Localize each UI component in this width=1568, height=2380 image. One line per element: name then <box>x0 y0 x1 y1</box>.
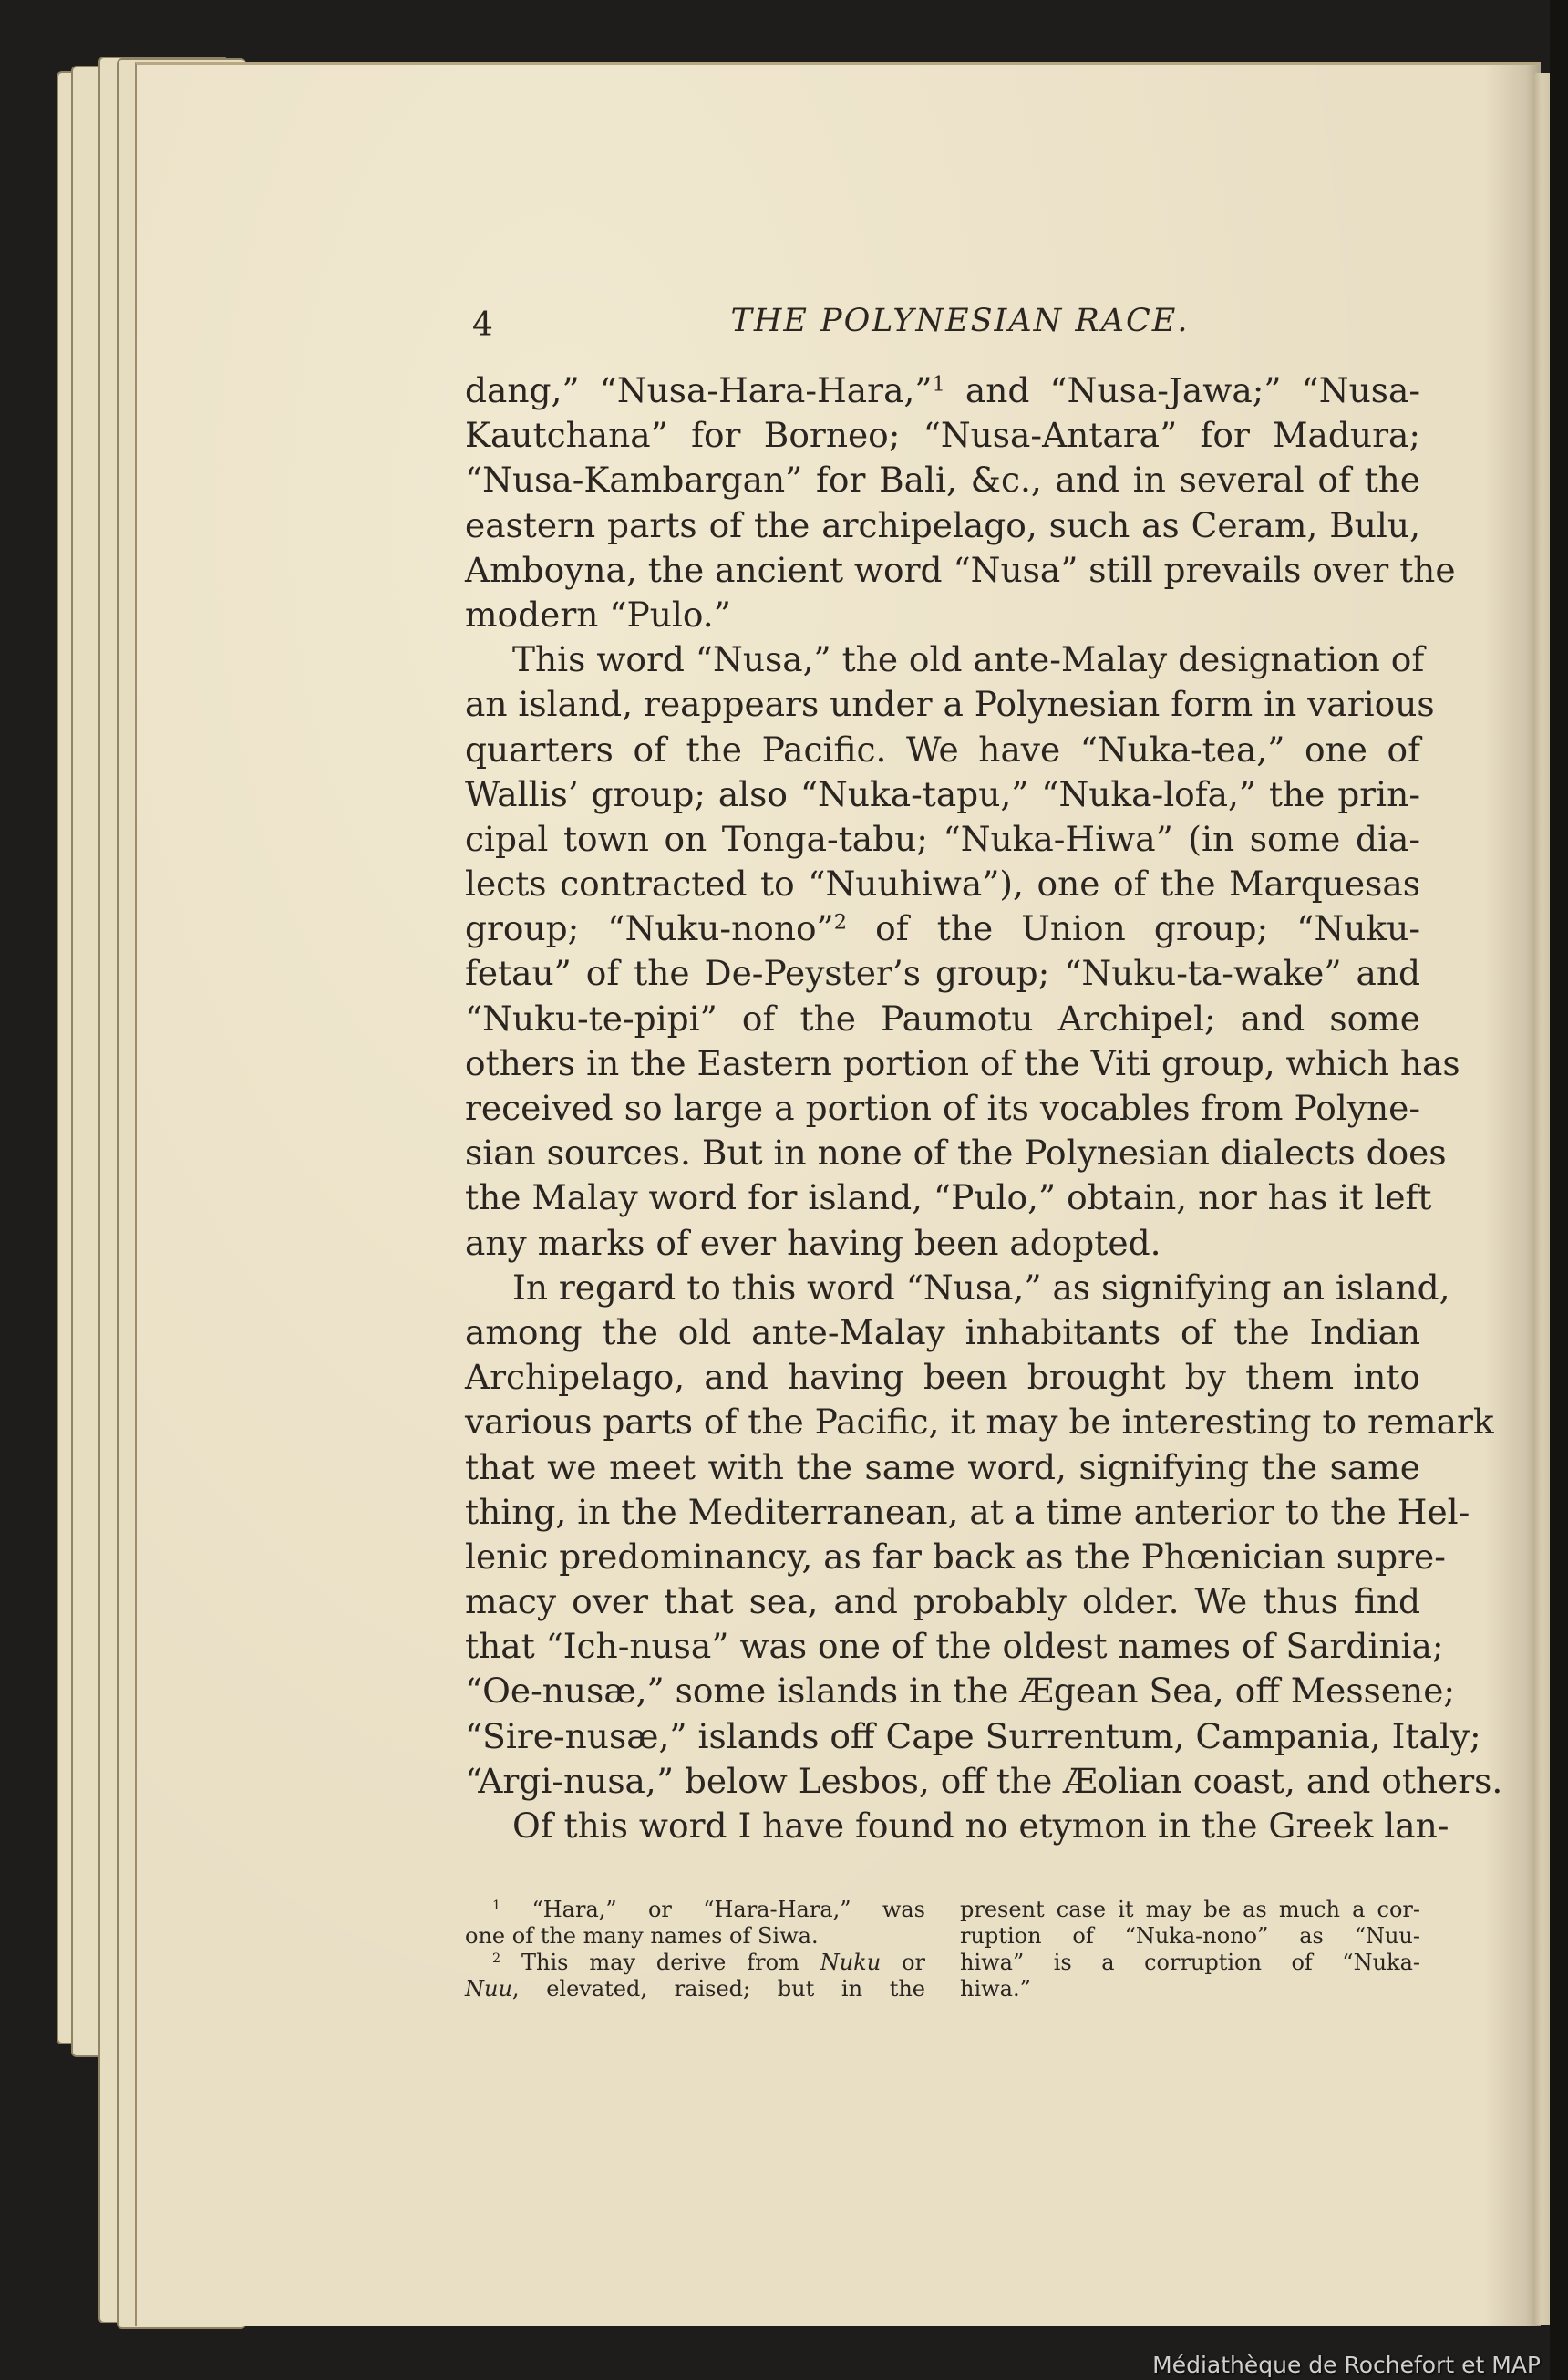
text-line: “Sire-nusæ,” islands off Cape Surrentum,… <box>465 1714 1420 1759</box>
text-line: sian sources. But in none of the Polynes… <box>465 1131 1420 1175</box>
text-line: Of this word I have found no etymon in t… <box>465 1804 1420 1848</box>
text-line: various parts of the Pacific, it may be … <box>465 1400 1420 1444</box>
footnote-line: 2 This may derive from Nuku or <box>465 1950 925 1976</box>
text-line: lenic predominancy, as far back as the P… <box>465 1535 1420 1579</box>
footnote-number: 2 <box>492 1951 500 1966</box>
footnotes: 1 “Hara,” or “Hara-Hara,” wasone of the … <box>465 1897 1420 2002</box>
footnote-line: present case it may be as much a cor- <box>960 1897 1420 1923</box>
watermark: Médiathèque de Rochefort et MAP <box>1152 2352 1541 2378</box>
text-line: an island, reappears under a Polynesian … <box>465 682 1420 727</box>
footnote-line: ruption of “Nuka-nono” as “Nuu- <box>960 1923 1420 1950</box>
text-line: “Argi-nusa,” below Lesbos, off the Æolia… <box>465 1759 1420 1804</box>
text-line: cipal town on Tonga-tabu; “Nuka-Hiwa” (i… <box>465 817 1420 862</box>
text-line: thing, in the Mediterranean, at a time a… <box>465 1490 1420 1535</box>
text-line: This word “Nusa,” the old ante-Malay des… <box>465 637 1420 682</box>
footnote-reference[interactable]: 1 <box>933 373 945 397</box>
text-line: dang,” “Nusa-Hara-Hara,”1 and “Nusa-Jawa… <box>465 368 1420 413</box>
text-line: any marks of ever having been adopted. <box>465 1221 1420 1266</box>
text-line: Amboyna, the ancient word “Nusa” still p… <box>465 548 1420 593</box>
footnote-line: one of the many names of Siwa. <box>465 1923 925 1950</box>
text-line: received so large a portion of its vocab… <box>465 1086 1420 1131</box>
text-line: quarters of the Pacific. We have “Nuka-t… <box>465 728 1420 772</box>
footnotes-left-column: 1 “Hara,” or “Hara-Hara,” wasone of the … <box>465 1897 925 2002</box>
text-line: that “Ich-nusa” was one of the oldest na… <box>465 1624 1420 1669</box>
text-line: the Malay word for island, “Pulo,” obtai… <box>465 1175 1420 1220</box>
text-line: that we meet with the same word, signify… <box>465 1445 1420 1490</box>
text-line: “Nusa-Kambargan” for Bali, &c., and in s… <box>465 458 1420 502</box>
body-text: dang,” “Nusa-Hara-Hara,”1 and “Nusa-Jawa… <box>465 368 1420 1848</box>
footnote-line: 1 “Hara,” or “Hara-Hara,” was <box>465 1897 925 1923</box>
footnote-reference[interactable]: 2 <box>834 911 847 935</box>
text-line: fetau” of the De-Peyster’s group; “Nuku-… <box>465 951 1420 996</box>
binding-edge <box>1550 0 1568 2380</box>
text-line: eastern parts of the archipelago, such a… <box>465 503 1420 548</box>
text-line: “Nuku-te-pipi” of the Paumotu Archipel; … <box>465 997 1420 1041</box>
footnote-line: hiwa” is a corruption of “Nuka- <box>960 1950 1420 1976</box>
footnote-line: Nuu, elevated, raised; but in the <box>465 1976 925 2002</box>
text-line: Kautchana” for Borneo; “Nusa-Antara” for… <box>465 413 1420 458</box>
footnotes-right-column: present case it may be as much a cor-rup… <box>960 1897 1420 2002</box>
text-line: Archipelago, and having been brought by … <box>465 1355 1420 1400</box>
text-line: lects contracted to “Nuuhiwa”), one of t… <box>465 862 1420 906</box>
text-line: among the old ante-Malay inhabitants of … <box>465 1310 1420 1355</box>
text-line: group; “Nuku-nono”2 of the Union group; … <box>465 906 1420 951</box>
text-line: Wallis’ group; also “Nuka-tapu,” “Nuka-l… <box>465 772 1420 817</box>
text-line: modern “Pulo.” <box>465 593 1420 637</box>
footnote-line: hiwa.” <box>960 1976 1420 2002</box>
footnote-number: 1 <box>492 1899 500 1913</box>
text-line: macy over that sea, and probably older. … <box>465 1579 1420 1624</box>
page-header: 4 THE POLYNESIAN RACE. <box>463 301 1420 347</box>
text-line: In regard to this word “Nusa,” as signif… <box>465 1266 1420 1310</box>
running-title: THE POLYNESIAN RACE. <box>463 303 1420 339</box>
text-line: “Oe-nusæ,” some islands in the Ægean Sea… <box>465 1669 1420 1713</box>
text-line: others in the Eastern portion of the Vit… <box>465 1041 1420 1086</box>
